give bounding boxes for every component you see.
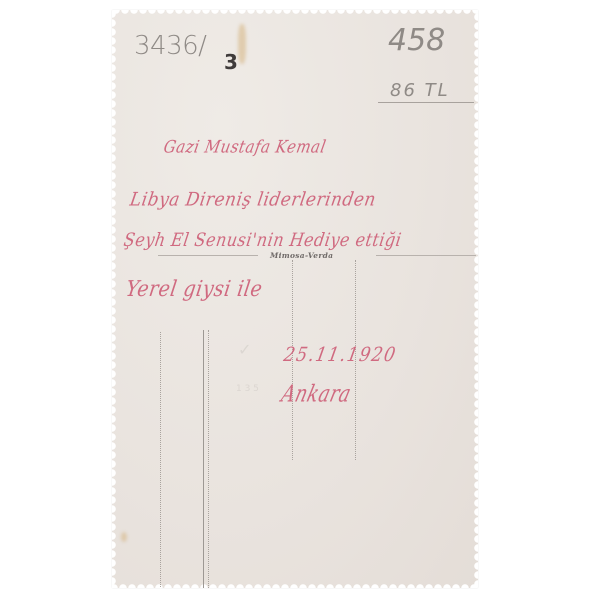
handwriting-place: Ankara: [279, 381, 354, 408]
catalog-suffix: 3: [224, 50, 238, 74]
printed-divider-left: [158, 255, 258, 256]
handwriting-line-4: Yerel giysi ile: [124, 276, 264, 301]
printed-divider-right: [376, 255, 476, 256]
foxing-stain: [238, 24, 246, 64]
address-rule-2: [203, 330, 204, 588]
handwriting-line-2: Libya Direniş liderlerinden: [128, 189, 377, 211]
address-rule-3: [208, 330, 209, 588]
deckled-edge-right: [472, 10, 478, 588]
deckled-edge-top: [112, 10, 478, 16]
handwriting-date: 25.11.1920: [282, 344, 399, 367]
deckled-edge-left: [112, 10, 118, 588]
price-note: 86 TL: [390, 80, 450, 101]
handwriting-line-1: Gazi Mustafa Kemal: [162, 137, 328, 158]
faint-emboss-mark: ✓: [238, 340, 251, 359]
handwriting-line-3: Şeyh El Senusi'nin Hediye ettiği: [122, 229, 403, 251]
item-number: 458: [388, 23, 445, 58]
catalog-number: 3436/: [134, 31, 206, 61]
deckled-edge-bottom: [112, 582, 478, 588]
address-rule-1: [160, 332, 161, 587]
foxing-stain: [121, 532, 127, 542]
postcard-back: 3436/ 3 458 86 TL Gazi Mustafa Kemal Lib…: [112, 10, 478, 588]
publisher-mark: Mimosa-Verda: [270, 251, 333, 260]
faint-emboss-number: 1 3 5: [236, 384, 259, 394]
price-underline: [378, 102, 474, 103]
